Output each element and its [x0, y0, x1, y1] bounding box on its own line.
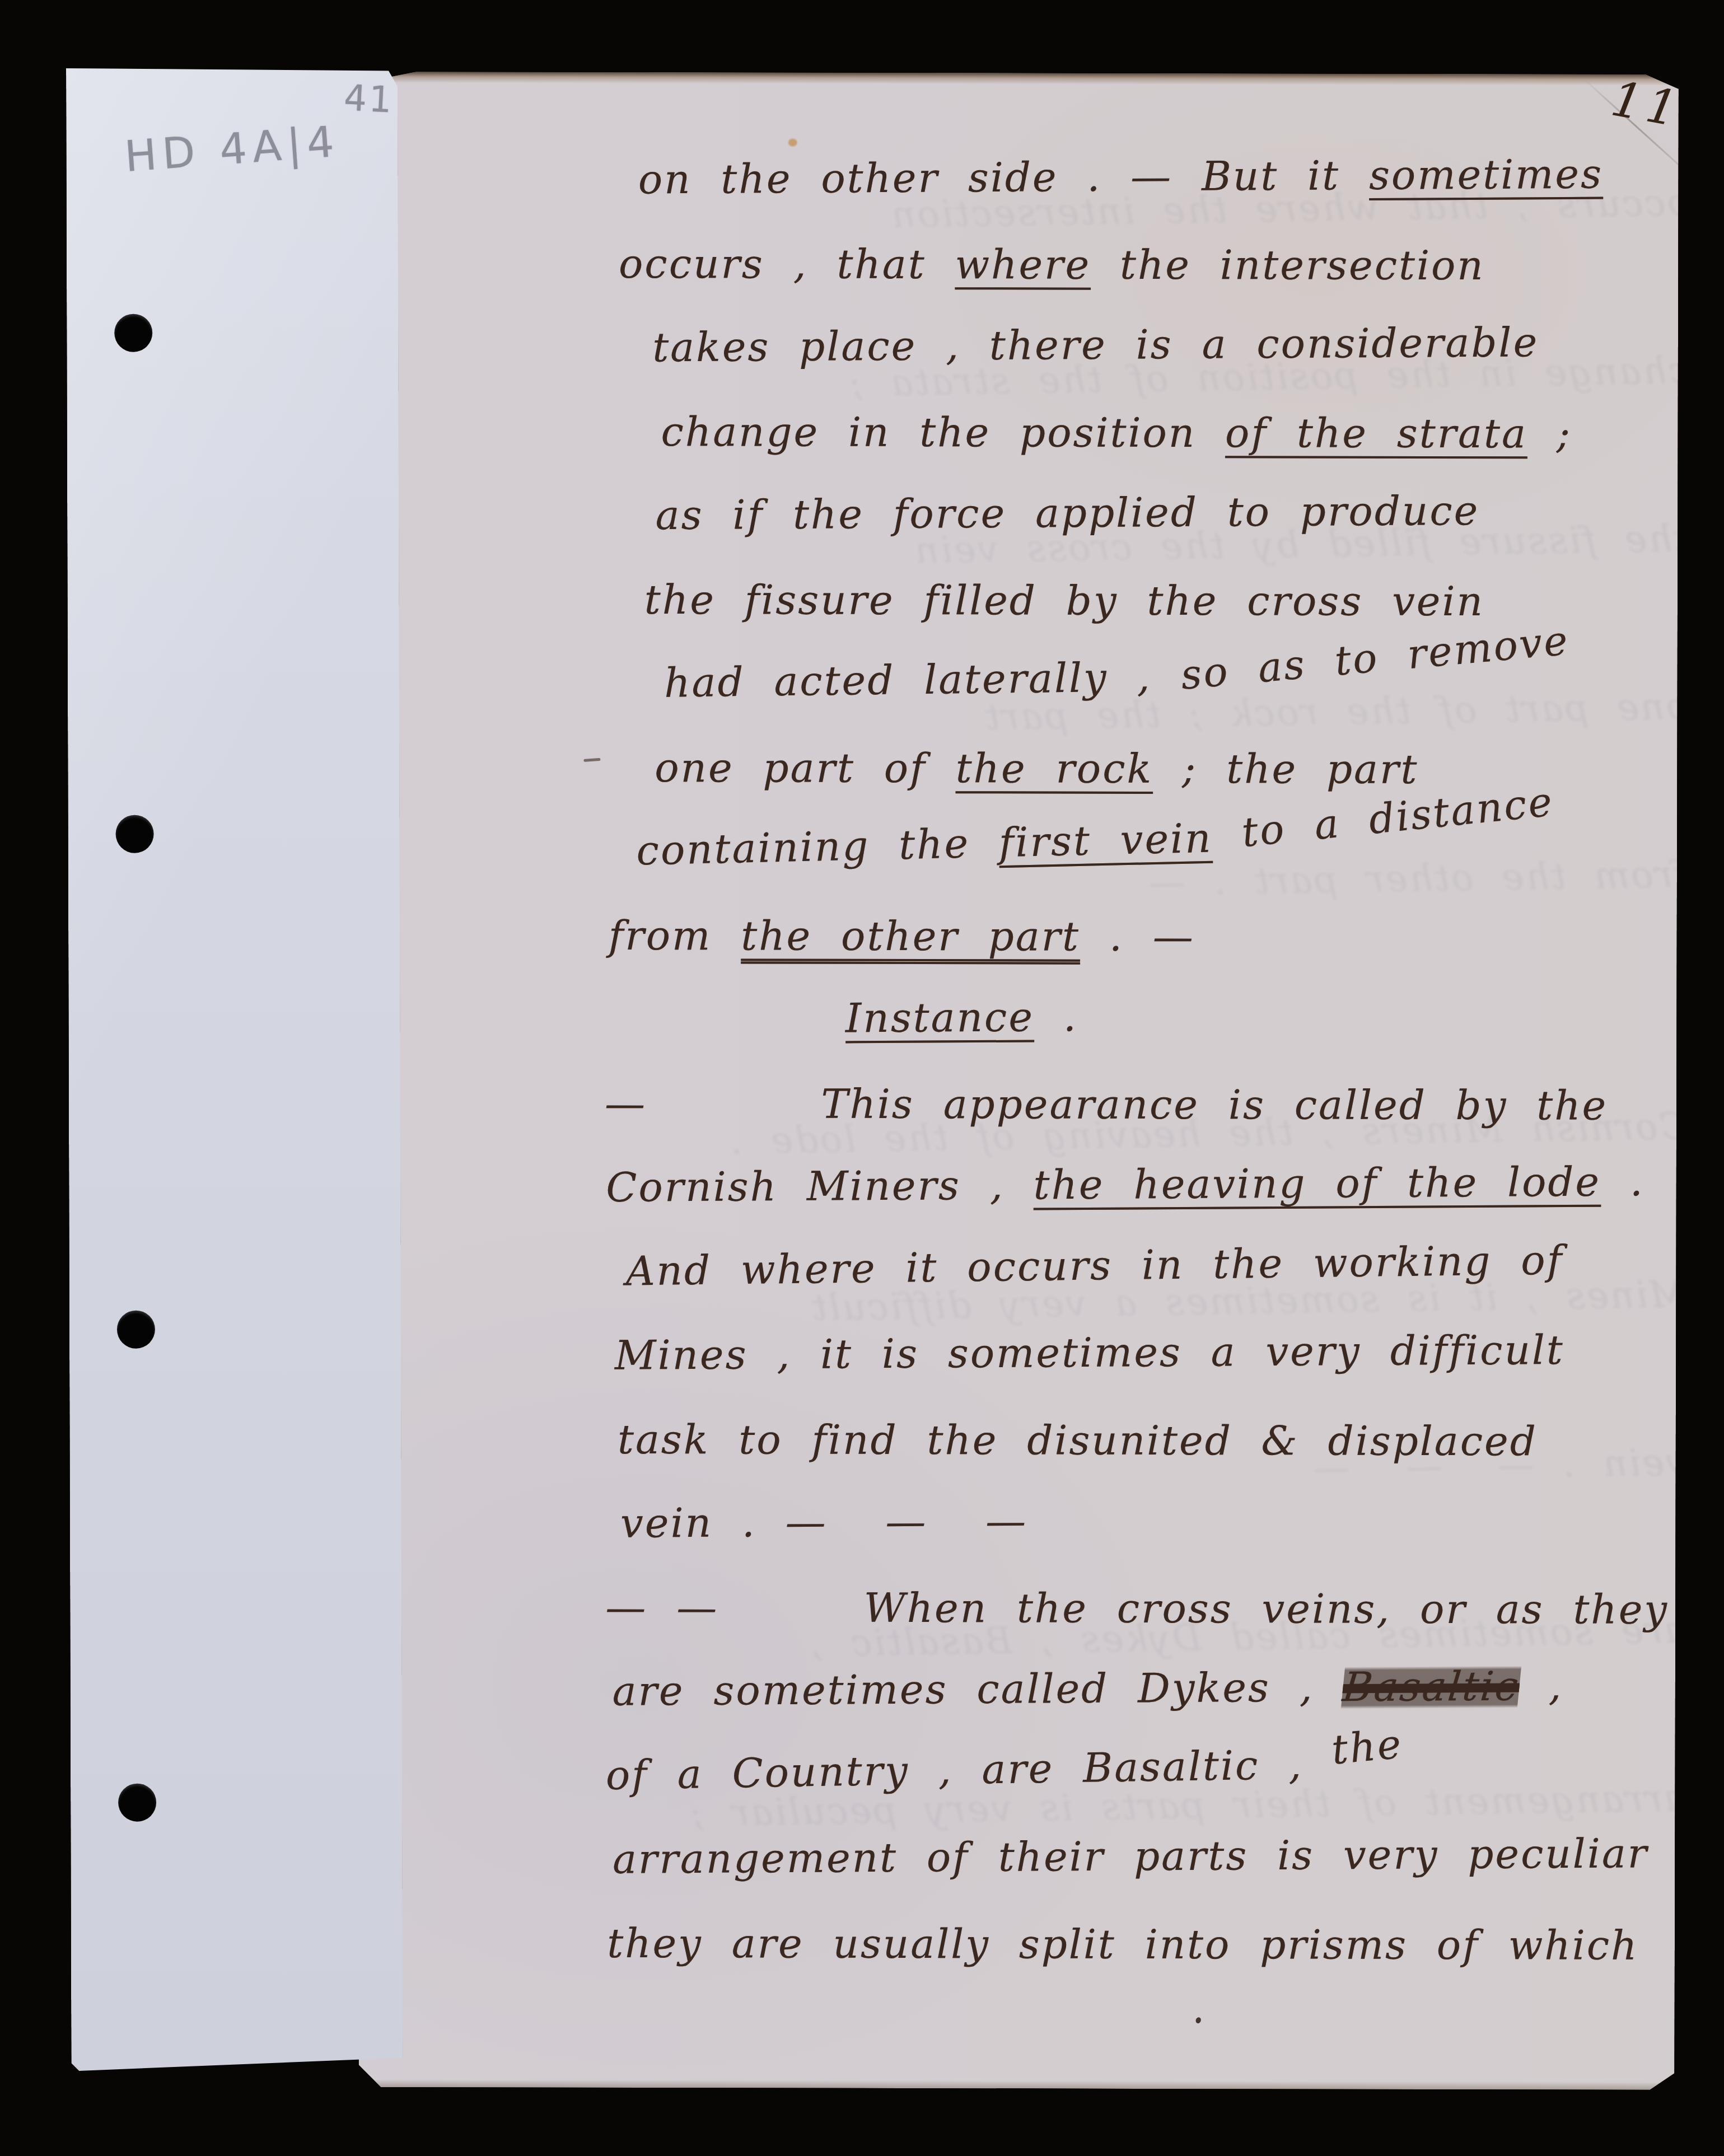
punch-hole	[114, 314, 152, 352]
manuscript-text-segment: where	[955, 241, 1091, 288]
manuscript-text-segment: Cornish Miners ,	[606, 1161, 1034, 1210]
manuscript-line: vein . — — —	[605, 1475, 1692, 1565]
manuscript-text-segment: And where it occurs in the working of	[625, 1237, 1564, 1295]
page-number: 11	[1607, 71, 1686, 138]
manuscript-line: occurs , that where the intersection	[604, 222, 1690, 308]
manuscript-text-segment: the other part	[741, 912, 1080, 960]
scanned-document: 11 occurs , that where the intersectionc…	[0, 0, 1724, 2156]
manuscript-text-segment: are sometimes called Dykes ,	[612, 1663, 1343, 1715]
manuscript-text-segment: the rock	[956, 745, 1153, 792]
manuscript-line: Cornish Miners , the heaving of the lode…	[605, 1139, 1692, 1229]
manuscript-text-segment: containing the	[636, 819, 999, 874]
manuscript-text-segment: arrangement of their parts is very pecul…	[613, 1830, 1693, 1883]
manuscript-text-segment: . —	[1080, 913, 1195, 960]
manuscript-text-segment: first vein	[998, 815, 1213, 867]
text-block: on the other side . — But it sometimesoc…	[604, 136, 1693, 1985]
manuscript-text-segment: task to find the disunited & displaced	[618, 1416, 1538, 1465]
manuscript-line: arrangement of their parts is very pecul…	[606, 1811, 1693, 1901]
manuscript-text-segment: of a Country , are Basaltic ,	[605, 1741, 1332, 1799]
manuscript-text-segment: the intersection	[1091, 241, 1485, 289]
manuscript-text-segment: — This appearance is called by the	[605, 1080, 1608, 1129]
manuscript-text-segment: from	[609, 912, 741, 959]
aged-bottom-edge	[358, 2079, 1674, 2090]
manuscript-text-segment: one part of	[655, 744, 956, 792]
manuscript-text-segment: .	[1601, 1158, 1644, 1205]
manuscript-text-segment: sometimes	[1369, 151, 1603, 199]
manuscript-line: — — When the cross veins, or as they	[605, 1565, 1692, 1652]
manuscript-text-segment: the	[1328, 1701, 1407, 1792]
manuscript-text-segment: of the strata	[1225, 409, 1527, 457]
manuscript-line: — This appearance is called by the	[605, 1061, 1691, 1148]
manuscript-text-segment: change in the position	[661, 408, 1225, 456]
manuscript-text-segment: they are usually split into prisms of wh…	[607, 1920, 1638, 1969]
backing-sheet: 41 HD 4A|4	[66, 67, 403, 2071]
manuscript-text-segment: occurs , that	[619, 240, 955, 288]
manuscript-text-segment	[1212, 813, 1242, 861]
manuscript-text-segment: had acted laterally ,	[664, 653, 1181, 707]
punch-hole	[118, 1784, 156, 1822]
manuscript-line: task to find the disunited & displaced	[605, 1397, 1692, 1484]
manuscript-line: from the other part . —	[605, 894, 1691, 980]
manuscript-line: change in the position of the strata ;	[604, 390, 1690, 476]
manuscript-text-segment: Instance	[845, 993, 1034, 1041]
manuscript-line: as if the force applied to produce	[604, 467, 1690, 558]
aged-top-edge	[363, 72, 1679, 86]
manuscript-line: of a Country , are Basaltic , the	[605, 1717, 1693, 1817]
manuscript-text-segment: the heaving of the lode	[1033, 1158, 1601, 1209]
pencil-reference-mark: HD 4A|4	[123, 116, 342, 181]
margin-dash	[583, 758, 600, 762]
manuscript-text-segment: ;	[1527, 410, 1572, 457]
manuscript-line: they are usually split into prisms of wh…	[606, 1901, 1692, 1987]
manuscript-text-segment: — — When the cross veins, or as they	[605, 1584, 1669, 1633]
manuscript-line: takes place , there is a considerable	[604, 300, 1690, 390]
manuscript-text-segment: .	[1034, 993, 1078, 1040]
punch-hole	[117, 1311, 155, 1349]
manuscript-text-segment: vein . — — —	[620, 1498, 1027, 1547]
manuscript-line: had acted laterally , so as to remove	[604, 629, 1691, 726]
manuscript-text-segment: as if the force applied to produce	[655, 487, 1479, 539]
punch-hole	[115, 815, 153, 853]
manuscript-line: Mines , it is sometimes a very difficult	[605, 1307, 1692, 1397]
manuscript-text-segment: on the other side . — But it	[638, 152, 1370, 203]
manuscript-line: Instance .	[605, 971, 1692, 1061]
manuscript-line: on the other side . — But it sometimes	[603, 132, 1690, 222]
pencil-folio-number: 41	[343, 77, 395, 121]
manuscript-line: And where it occurs in the working of	[605, 1217, 1692, 1313]
ink-speck	[1195, 2017, 1202, 2024]
manuscript-text-segment: ,	[1519, 1662, 1563, 1709]
manuscript-text-segment: takes place , there is a considerable	[652, 319, 1539, 371]
manuscript-text-segment: Mines , it is sometimes a very difficult	[615, 1326, 1565, 1379]
manuscript-page: 11 occurs , that where the intersectionc…	[358, 72, 1679, 2090]
